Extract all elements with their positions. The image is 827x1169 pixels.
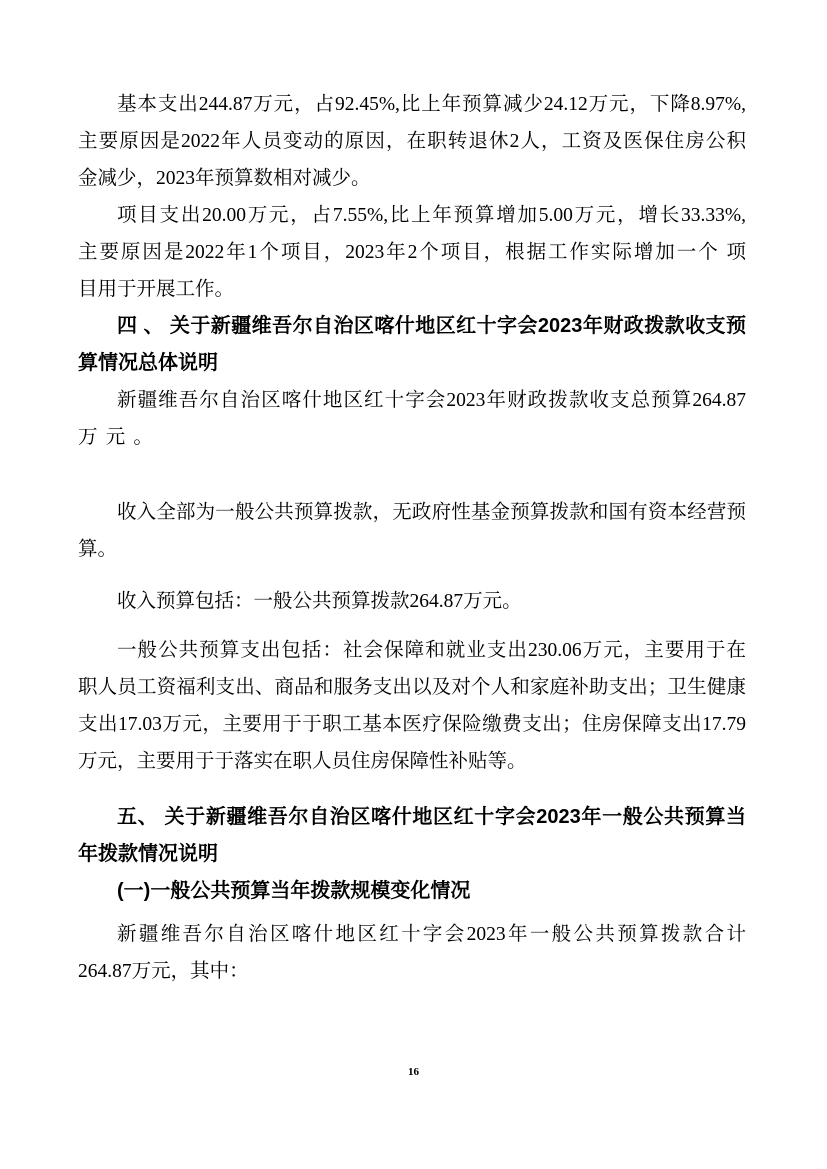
para-expenditure-detail-line-2: 职人员工资福利支出、商品和服务支出以及对个人和家庭补助支出；卫生健康	[78, 669, 746, 706]
page-number: 16	[0, 1066, 827, 1078]
section-heading-5-sub-1-line-1: (一)一般公共预算当年拨款规模变化情况	[78, 873, 746, 910]
para-project-expenditure: 项目支出20.00万元，占7.55%,比上年预算增加5.00万元，增长33.33…	[78, 197, 746, 308]
paragraph-spacer	[78, 568, 746, 583]
para-total-budget-line-2: 万元。	[78, 419, 746, 456]
blank-line-spacer	[78, 456, 746, 494]
paragraph-spacer	[78, 780, 746, 799]
para-expenditure-detail-line-3: 支出17.03万元，主要用于于职工基本医疗保险缴费支出；住房保障支出17.79	[78, 706, 746, 743]
para-total-budget-line-1: 新疆维吾尔自治区喀什地区红十字会2023年财政拨款收支总预算264.87	[78, 382, 746, 419]
para-basic-expenditure-line-2: 主要原因是2022年人员变动的原因，在职转退休2人，工资及医保住房公积	[78, 123, 746, 160]
section-heading-5-line-2: 年拨款情况说明	[78, 836, 746, 873]
para-allocation-total: 新疆维吾尔自治区喀什地区红十字会2023年一般公共预算拨款合计 264.87万元…	[78, 916, 746, 990]
para-expenditure-detail-line-4: 万元，主要用于于落实在职人员住房保障性补贴等。	[78, 743, 746, 780]
para-project-expenditure-line-2: 主要原因是2022年1个项目，2023年2个项目，根据工作实际增加一个 项	[78, 234, 746, 271]
para-allocation-total-line-1: 新疆维吾尔自治区喀什地区红十字会2023年一般公共预算拨款合计	[78, 916, 746, 953]
section-heading-4-line-1: 四 、 关于新疆维吾尔自治区喀什地区红十字会2023年财政拨款收支预	[78, 308, 746, 345]
para-project-expenditure-line-3: 目用于开展工作。	[78, 271, 746, 308]
section-heading-4: 四 、 关于新疆维吾尔自治区喀什地区红十字会2023年财政拨款收支预 算情况总体…	[78, 308, 746, 382]
para-income-source: 收入全部为一般公共预算拨款，无政府性基金预算拨款和国有资本经营预 算。	[78, 494, 746, 568]
paragraph-spacer	[78, 620, 746, 632]
para-allocation-total-line-2: 264.87万元，其中：	[78, 953, 746, 990]
para-income-source-line-2: 算。	[78, 531, 746, 568]
section-heading-5-line-1: 五、 关于新疆维吾尔自治区喀什地区红十字会2023年一般公共预算当	[78, 799, 746, 836]
para-basic-expenditure-line-1: 基本支出244.87万元，占92.45%,比上年预算减少24.12万元，下降8.…	[78, 86, 746, 123]
page-body: 基本支出244.87万元，占92.45%,比上年预算减少24.12万元，下降8.…	[78, 86, 746, 990]
para-project-expenditure-line-1: 项目支出20.00万元，占7.55%,比上年预算增加5.00万元，增长33.33…	[78, 197, 746, 234]
para-basic-expenditure-line-3: 金减少，2023年预算数相对减少。	[78, 160, 746, 197]
para-income-source-line-1: 收入全部为一般公共预算拨款，无政府性基金预算拨款和国有资本经营预	[78, 494, 746, 531]
section-heading-5: 五、 关于新疆维吾尔自治区喀什地区红十字会2023年一般公共预算当 年拨款情况说…	[78, 799, 746, 873]
para-income-budget: 收入预算包括：一般公共预算拨款264.87万元。	[78, 583, 746, 620]
para-basic-expenditure: 基本支出244.87万元，占92.45%,比上年预算减少24.12万元，下降8.…	[78, 86, 746, 197]
document-page: 基本支出244.87万元，占92.45%,比上年预算减少24.12万元，下降8.…	[0, 0, 827, 1169]
para-expenditure-detail-line-1: 一般公共预算支出包括：社会保障和就业支出230.06万元，主要用于在	[78, 632, 746, 669]
para-total-budget: 新疆维吾尔自治区喀什地区红十字会2023年财政拨款收支总预算264.87 万元。	[78, 382, 746, 456]
para-expenditure-detail: 一般公共预算支出包括：社会保障和就业支出230.06万元，主要用于在 职人员工资…	[78, 632, 746, 780]
section-heading-4-line-2: 算情况总体说明	[78, 345, 746, 382]
para-income-budget-line-1: 收入预算包括：一般公共预算拨款264.87万元。	[78, 583, 746, 620]
section-heading-5-sub-1: (一)一般公共预算当年拨款规模变化情况	[78, 873, 746, 910]
